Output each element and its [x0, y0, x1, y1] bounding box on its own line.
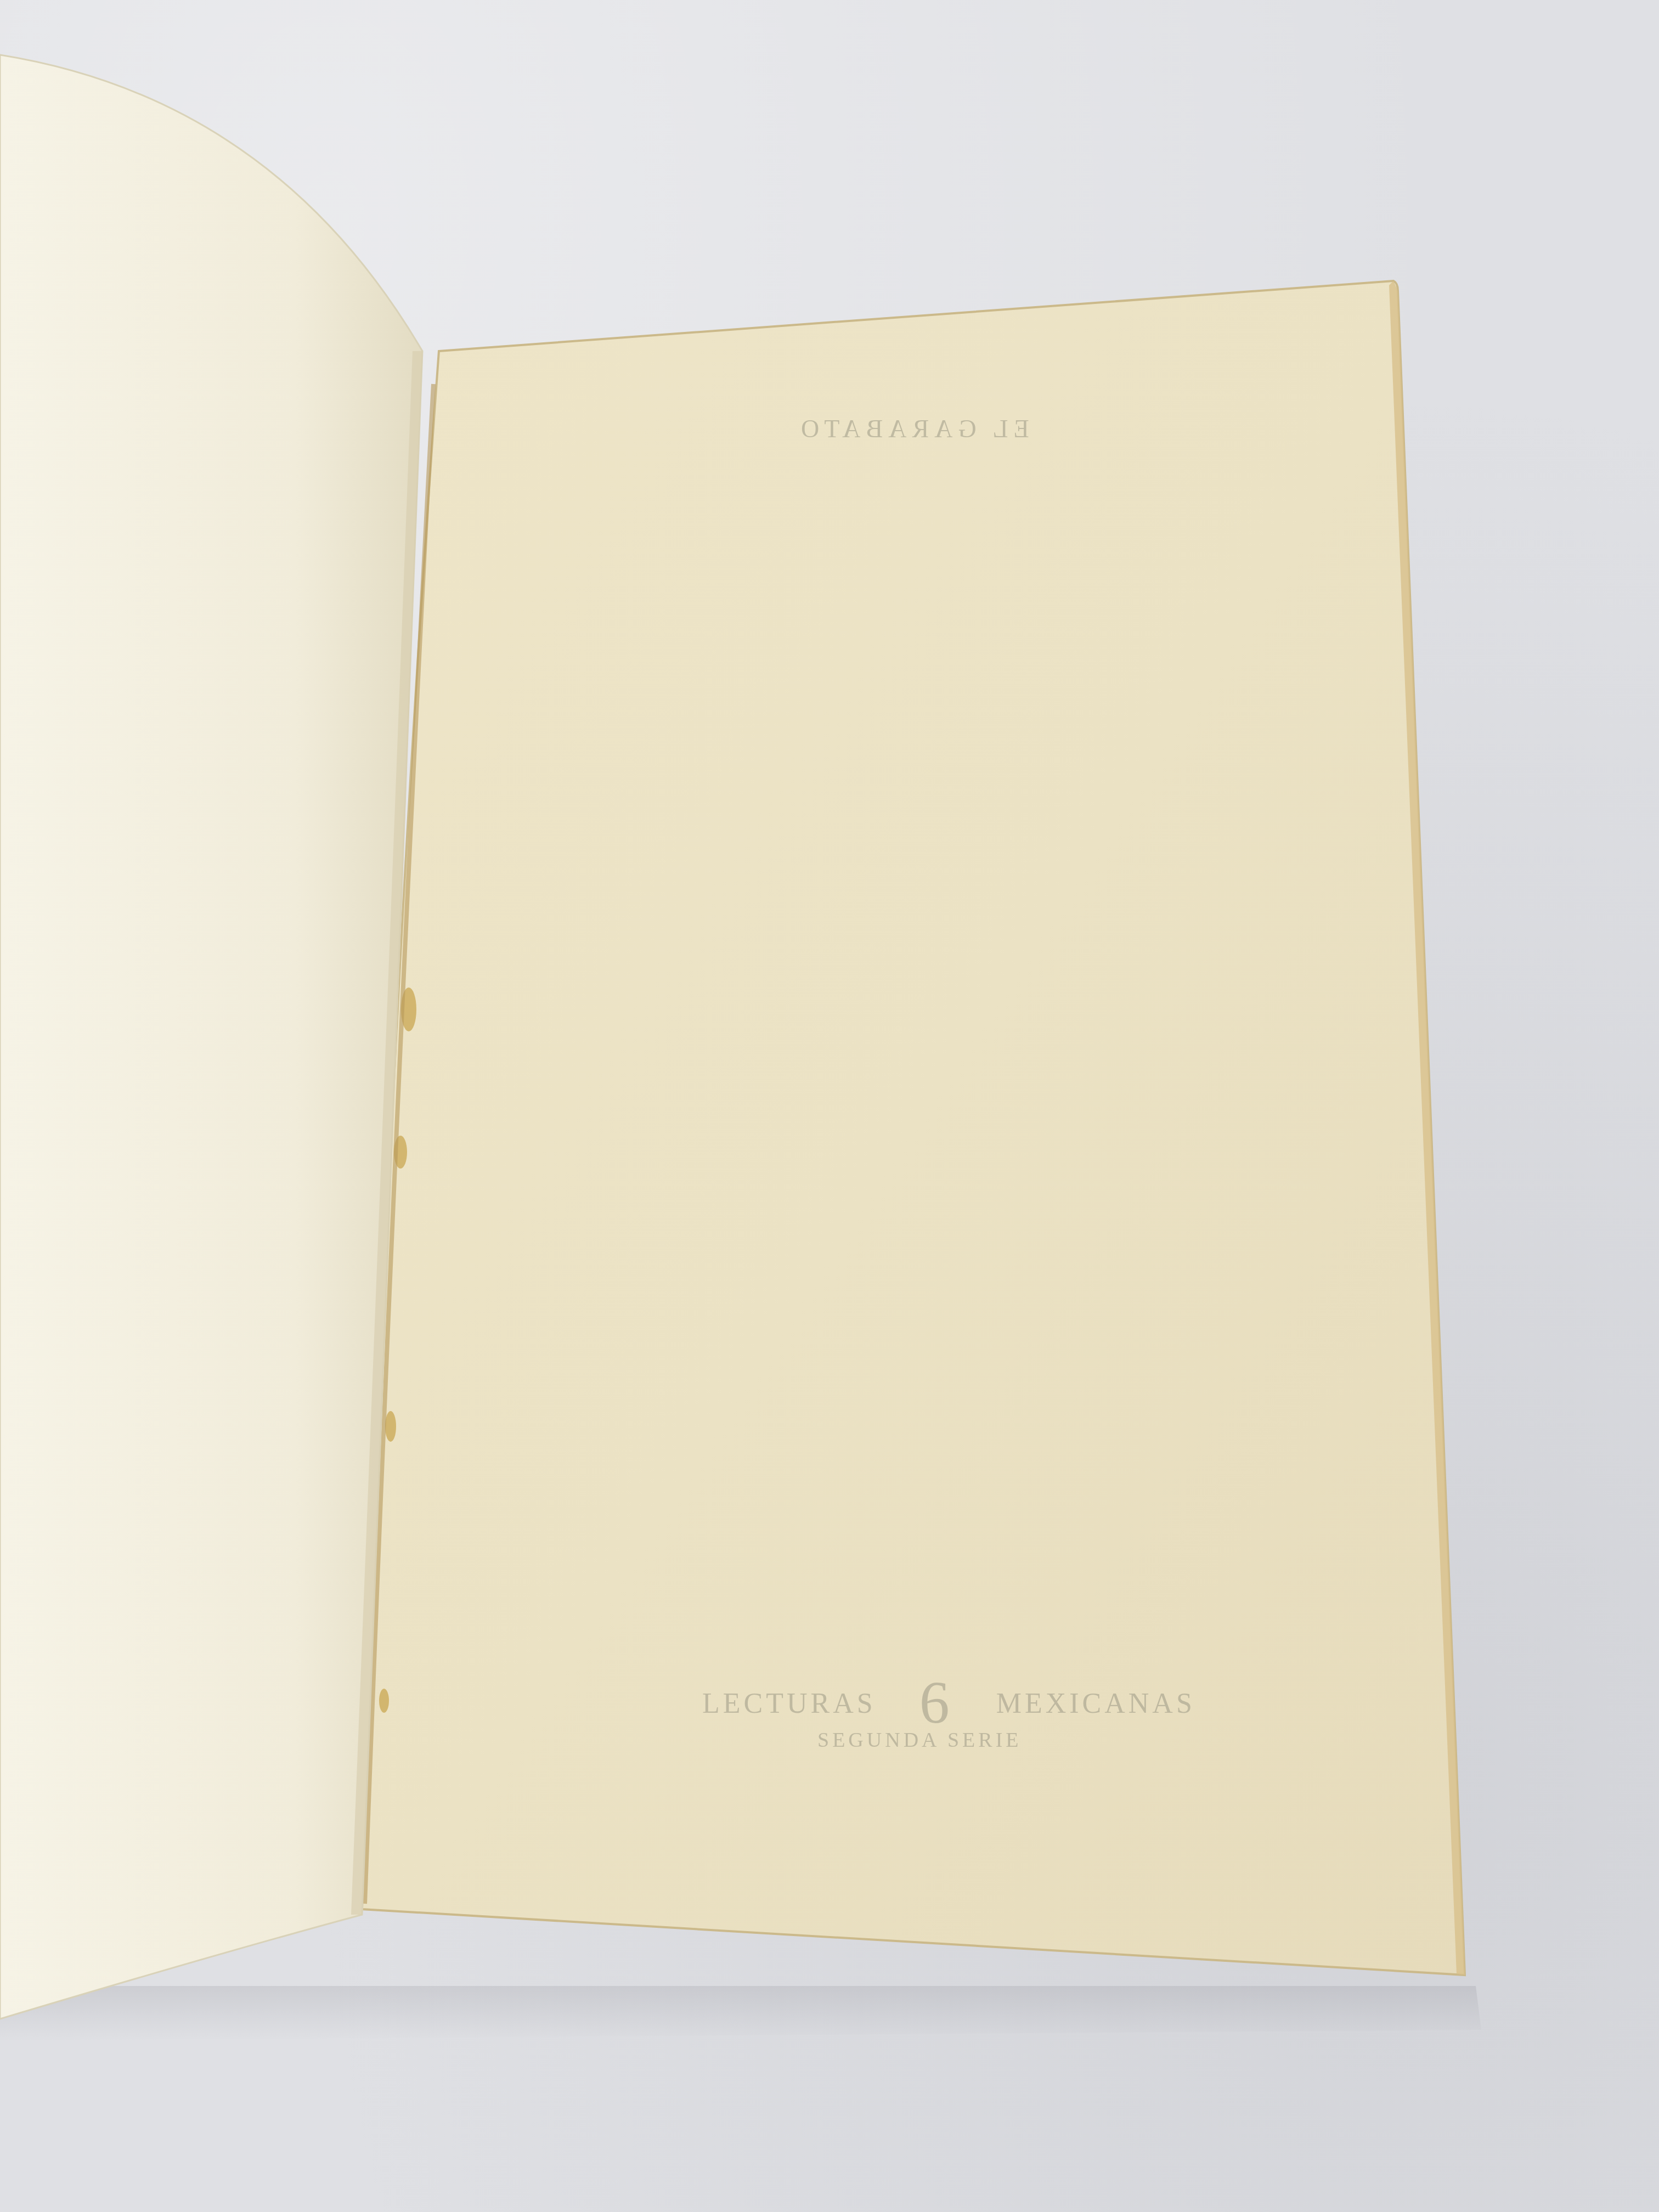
- series-right-word: MEXICANAS: [996, 1688, 1195, 1719]
- book-photo: EL GARABATO LECTURAS 6 MEXICANAS SEGUNDA…: [0, 0, 1659, 2212]
- open-book-illustration: [0, 0, 1659, 2212]
- series-left-word: LECTURAS: [702, 1688, 876, 1719]
- show-through-title: EL GARABATO: [795, 414, 1029, 443]
- series-subtitle: SEGUNDA SERIE: [817, 1728, 1022, 1752]
- series-line: LECTURAS 6 MEXICANAS: [702, 1668, 1195, 1737]
- series-number: 6: [919, 1669, 953, 1736]
